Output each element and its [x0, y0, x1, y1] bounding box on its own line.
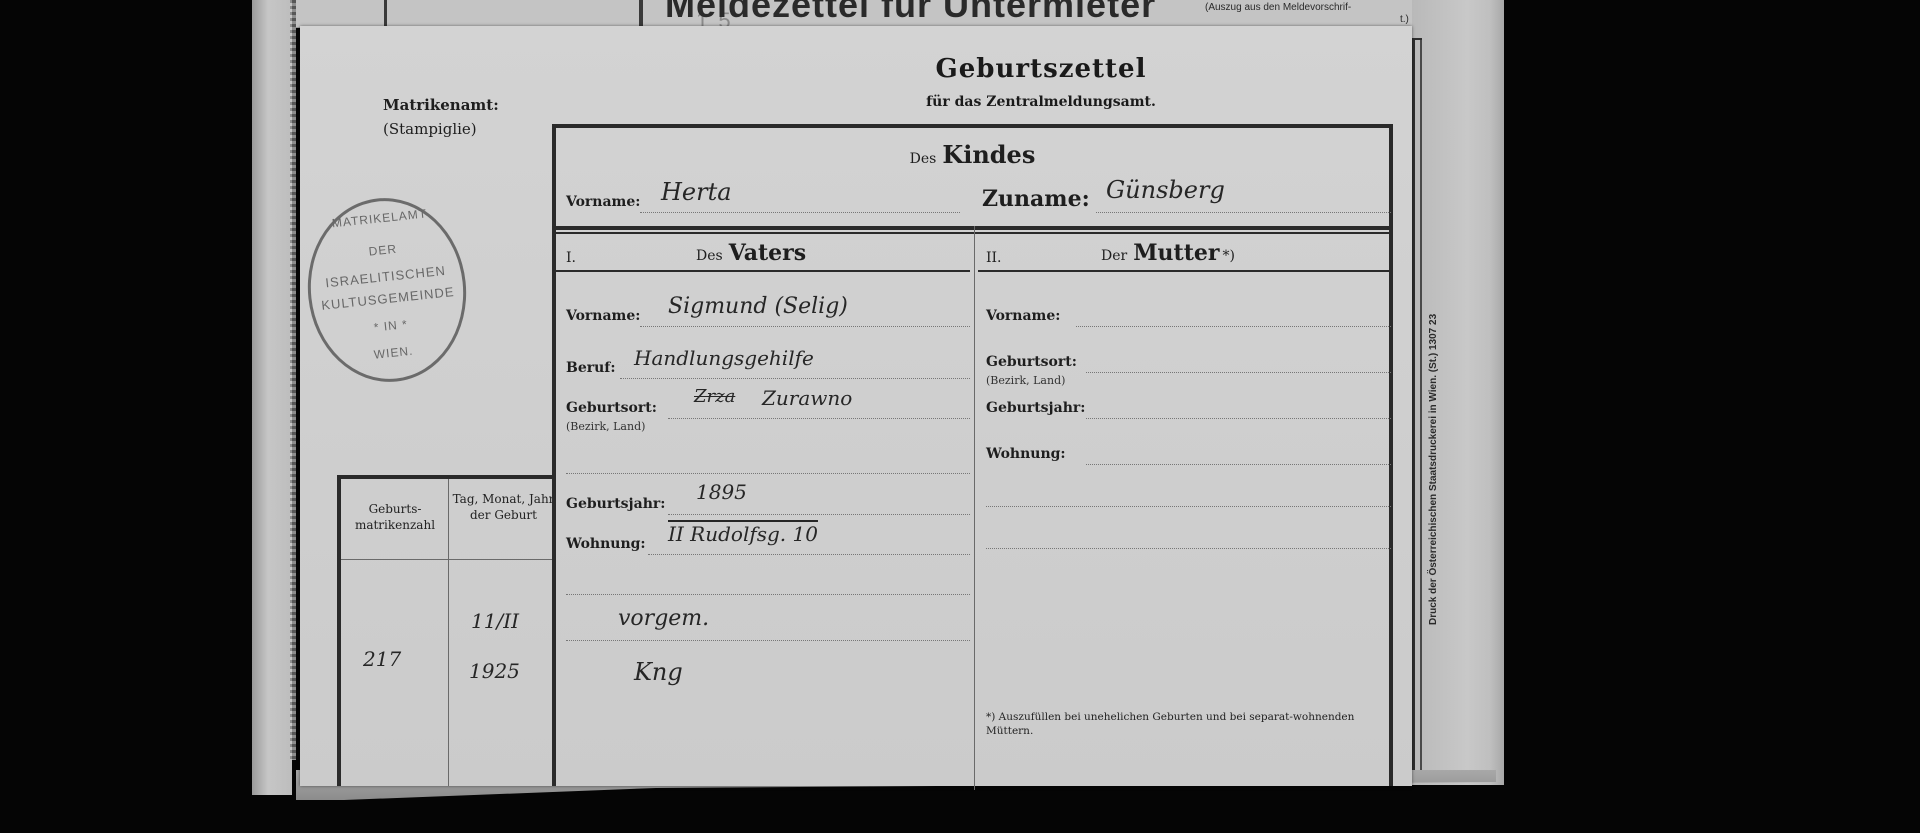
mother-footnote: *) Auszufüllen bei unehelichen Geburten …	[986, 710, 1386, 738]
birth-year-value: 1925	[469, 659, 520, 683]
stamp-text: WIEN.	[317, 338, 470, 368]
back-form-title: Meldezettel für Untermieter	[665, 0, 1156, 26]
register-number-header: Geburts-matrikenzahl	[345, 501, 445, 533]
father-birthplace-label: Geburtsort:	[566, 400, 657, 416]
mother-birthyear-line	[1086, 418, 1391, 419]
father-header-rule	[556, 270, 970, 273]
birth-date-header: Tag, Monat, Jahr der Geburt	[451, 491, 556, 523]
frame-line	[1412, 40, 1415, 780]
mother-birthplace-sublabel: (Bezirk, Land)	[986, 374, 1065, 387]
mother-heading-footnote-mark: *)	[1222, 248, 1234, 264]
stamp-text: * IN *	[314, 311, 467, 341]
child-section-heading: DesKindes	[556, 140, 1389, 169]
perforated-edge	[290, 0, 296, 760]
mother-header-rule	[978, 270, 1393, 273]
form-title: Geburtszettel	[300, 54, 1412, 84]
divider	[639, 0, 641, 28]
mother-heading-prefix: Der	[1101, 248, 1127, 264]
stamp-text: DER	[307, 235, 460, 265]
child-first-name-line	[640, 212, 960, 213]
mother-first-name-label: Vorname:	[986, 308, 1060, 324]
back-form-note-cont: t.)	[1400, 14, 1409, 25]
frame-line	[1420, 40, 1422, 780]
mother-birthplace-label: Geburtsort:	[986, 354, 1077, 370]
child-surname-value: Günsberg	[1106, 176, 1225, 204]
back-form-note: (Auszug aus den Meldevorschrif-	[1205, 2, 1351, 13]
father-mother-divider	[974, 226, 975, 790]
father-birthyear-line	[668, 514, 970, 515]
header-rule	[341, 559, 556, 560]
note-value: vorgem.	[618, 606, 709, 631]
main-data-table: DesKindes Vorname: Herta Zuname: Günsber…	[552, 124, 1393, 786]
father-birthplace-value: Zurawno	[762, 386, 852, 410]
birth-certificate-form: Geburtszettel für das Zentralmeldungsamt…	[300, 26, 1412, 786]
printer-imprint: Druck der Österreichischen Staatsdrucker…	[1428, 314, 1439, 625]
blank-line	[566, 640, 970, 641]
child-surname-label: Zuname:	[982, 186, 1090, 212]
father-birthplace-line	[668, 418, 970, 419]
registry-stamp: MATRIKELAMT DER ISRAELITISCHEN KULTUSGEM…	[299, 190, 475, 390]
mother-section-number: II.	[986, 250, 1002, 266]
father-residence-label: Wohnung:	[566, 536, 646, 552]
child-heading: Kindes	[942, 140, 1035, 169]
child-first-name-label: Vorname:	[566, 194, 640, 210]
father-birthyear-label: Geburtsjahr:	[566, 496, 665, 512]
blank-line	[986, 506, 1391, 507]
registry-office-sublabel: (Stampiglie)	[383, 120, 477, 138]
register-table: Geburts-matrikenzahl Tag, Monat, Jahr de…	[337, 475, 556, 786]
father-first-name-value: Sigmund (Selig)	[668, 294, 848, 319]
father-residence-line	[648, 554, 970, 555]
father-heading: Vaters	[729, 240, 806, 266]
father-birthplace-struck-value: Zrza	[694, 386, 735, 407]
blank-line	[566, 594, 970, 595]
section-rule	[556, 232, 1389, 235]
divider	[384, 0, 387, 28]
birth-day-month-value: 11/II	[471, 609, 519, 633]
section-rule	[556, 226, 1389, 230]
father-birthplace-sublabel: (Bezirk, Land)	[566, 420, 645, 433]
register-number-value: 217	[363, 647, 401, 671]
father-section-number: I.	[566, 250, 576, 266]
mother-birthyear-label: Geburtsjahr:	[986, 400, 1085, 416]
mother-residence-line	[1086, 464, 1391, 465]
father-birthyear-value: 1895	[696, 480, 747, 504]
father-occupation-label: Beruf:	[566, 360, 616, 376]
clerk-signature: Kng	[634, 658, 683, 686]
father-occupation-value: Handlungsgehilfe	[634, 346, 814, 370]
mother-section-heading: DerMutter*)	[1101, 240, 1241, 266]
father-section-heading: DesVaters	[696, 240, 806, 266]
father-occupation-line	[620, 378, 970, 379]
father-first-name-label: Vorname:	[566, 308, 640, 324]
blank-line	[986, 548, 1391, 549]
child-surname-line	[1096, 212, 1391, 213]
stamp-text: MATRIKELAMT	[303, 203, 456, 233]
father-residence-value: II Rudolfsg. 10	[668, 522, 818, 546]
child-heading-prefix: Des	[910, 151, 937, 167]
registry-office-label: Matrikenamt:	[383, 96, 499, 114]
mother-first-name-line	[1076, 326, 1391, 327]
blank-line	[566, 473, 970, 474]
column-divider	[448, 479, 449, 786]
father-first-name-line	[640, 326, 970, 327]
mother-heading: Mutter	[1133, 240, 1219, 266]
father-heading-prefix: Des	[696, 248, 723, 264]
mother-residence-label: Wohnung:	[986, 446, 1066, 462]
child-first-name-value: Herta	[661, 178, 732, 206]
mother-birthplace-line	[1086, 372, 1391, 373]
back-paper-right-edge	[1412, 0, 1504, 785]
back-paper-left-edge	[252, 0, 292, 795]
